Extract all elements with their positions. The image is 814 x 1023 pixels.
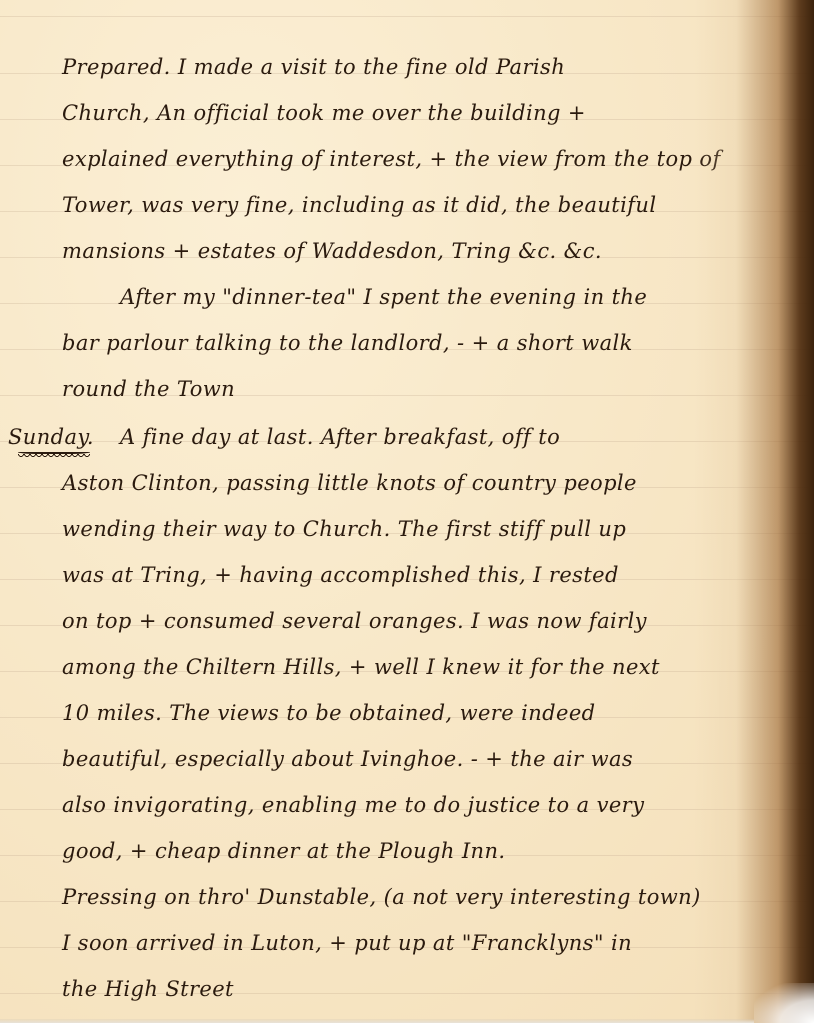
- text-line-14: among the Chiltern Hills, + well I knew …: [62, 644, 660, 690]
- text-line-3: explained everything of interest, + the …: [62, 136, 721, 182]
- text-line-18: good, + cheap dinner at the Plough Inn.: [62, 828, 505, 874]
- text-line-16: beautiful, especially about Ivinghoe. - …: [62, 736, 633, 782]
- text-line-19: Pressing on thro' Dunstable, (a not very…: [62, 874, 701, 920]
- text-line-9: Sunday. A fine day at last. After breakf…: [8, 414, 560, 460]
- text-line-9-body: A fine day at last. After breakfast, off…: [120, 425, 560, 449]
- text-line-2: Church, An official took me over the bui…: [62, 90, 586, 136]
- text-line-1: Prepared. I made a visit to the fine old…: [62, 44, 565, 90]
- text-line-5: mansions + estates of Waddesdon, Tring &…: [62, 228, 602, 274]
- margin-note-sunday: Sunday.: [8, 414, 94, 460]
- text-line-8: round the Town: [62, 366, 235, 412]
- page-bottom-edge: [0, 1019, 754, 1023]
- text-line-7: bar parlour talking to the landlord, - +…: [62, 320, 633, 366]
- text-line-17: also invigorating, enabling me to do jus…: [62, 782, 644, 828]
- text-line-13: on top + consumed several oranges. I was…: [62, 598, 647, 644]
- diary-page: Prepared. I made a visit to the fine old…: [0, 0, 814, 1023]
- text-line-11: wending their way to Church. The first s…: [62, 506, 626, 552]
- text-line-4: Tower, was very fine, including as it di…: [62, 182, 656, 228]
- handwritten-text: Prepared. I made a visit to the fine old…: [0, 0, 814, 1023]
- text-line-21: the High Street: [62, 966, 234, 1012]
- wavy-underline: [18, 448, 90, 454]
- text-line-20: I soon arrived in Luton, + put up at "Fr…: [62, 920, 632, 966]
- text-line-12: was at Tring, + having accomplished this…: [62, 552, 619, 598]
- text-line-15: 10 miles. The views to be obtained, were…: [62, 690, 596, 736]
- text-line-10: Aston Clinton, passing little knots of c…: [62, 460, 637, 506]
- margin-note-sunday-label: Sunday.: [8, 425, 94, 449]
- text-line-6: After my "dinner-tea" I spent the evenin…: [120, 274, 647, 320]
